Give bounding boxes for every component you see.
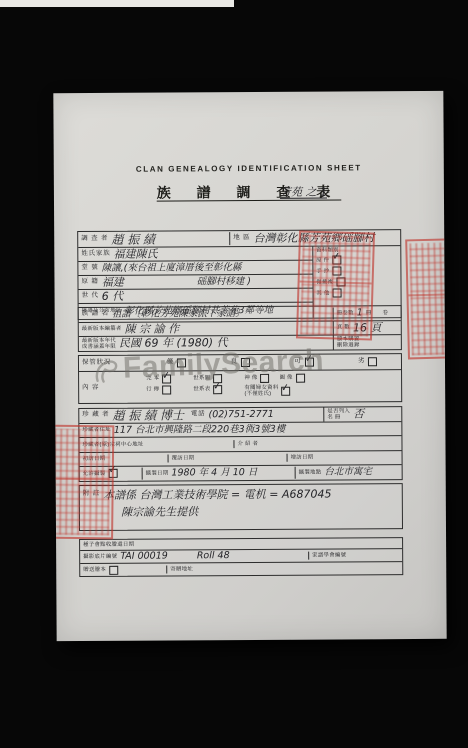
additional-visit-label: 增訪日期: [291, 455, 314, 461]
generations-label: 世 代: [82, 293, 99, 300]
revisit-label: 覆訪日期: [172, 455, 195, 461]
contents-lineage-table-checkbox: ✓: [213, 385, 222, 394]
processing-table: 種子會點收謄還日期 攝影底片編號 TAI 00019 Roll 48 家譜學會編…: [79, 537, 403, 577]
film-number-value: TAI 00019: [120, 552, 168, 562]
red-seal-stamp-edge: [405, 238, 446, 359]
form-chinese-title: 族 譜 調 查 表: [54, 181, 444, 203]
screenshot-root: { "header": { "english_title": "CLAN GEN…: [0, 0, 468, 748]
clan-value: 福建陳氏: [113, 249, 157, 260]
scanned-form-page: CLAN GENEALOGY IDENTIFICATION SHEET 族 譜 …: [53, 91, 446, 641]
receipt-date-label: 種子會點收謄還日期: [83, 542, 134, 549]
condition-fair-checkbox: ✓: [304, 358, 313, 367]
contents-complete-checkbox: ✓: [162, 374, 171, 383]
editor-value: 陳 宗 諭 作: [125, 323, 180, 334]
contents-women-label-line2: (不僅姓氏): [244, 391, 278, 397]
contents-image-checkbox: [296, 374, 305, 383]
surveyor-value: 趙 振 績: [111, 233, 155, 245]
origin-label: 原 籍: [81, 279, 98, 286]
notes-line2: 陳宗諭先生提供: [121, 506, 332, 518]
contents-image-label: 圖 像: [280, 375, 293, 381]
year-value: 民國 69 年 (1980) 代: [119, 337, 228, 349]
filming-date-value: 1980 年 4 月 10 日: [171, 468, 257, 478]
notes-line1: 本譜係 台灣工業技術學院 = 電机 = A687045: [103, 489, 332, 501]
editor-label: 最新版本編纂者: [82, 326, 122, 332]
filming-place-value: 台北市寓宅: [324, 467, 372, 477]
origin-value: 福建: [102, 277, 124, 288]
clan-label: 姓氏家族: [81, 251, 110, 258]
collector-address-value: 117 台北市興隆路二段220巷3衖3號3樓: [114, 424, 285, 435]
copy-label-line2: 刪除過錄: [337, 342, 360, 348]
hall-label: 堂 號: [81, 265, 98, 272]
filming-place-label: 攝製地點: [299, 469, 322, 475]
book-title-value: 祖譜〔彰化芳苑陳家派下家譜〕: [112, 309, 245, 319]
condition-contents-table: 保管狀況 優 良 可✓ 劣 內 容 完 本✓ 行 傳 世系圖 世系表✓: [78, 353, 402, 404]
film-number-label: 攝影底片編號: [83, 554, 117, 560]
form-english-title: CLAN GENEALOGY IDENTIFICATION SHEET: [54, 163, 444, 174]
collector-name: 趙 振 績 博士: [112, 409, 184, 421]
generations-value: 6 代: [102, 291, 124, 302]
condition-label: 保管狀況: [82, 360, 111, 367]
condition-excellent-checkbox: [177, 358, 186, 367]
collector-label: 珍 藏 者: [82, 412, 109, 419]
phone-label: 電話: [191, 412, 206, 419]
condition-fair-label: 可: [294, 359, 301, 366]
condition-excellent-label: 優: [167, 360, 174, 367]
book-title-label: 族 譜 名: [82, 311, 109, 318]
contents-biography-checkbox: [162, 385, 171, 394]
contents-portrait-label: 神 像: [244, 375, 257, 381]
volumes-unit-juan: 卷: [382, 310, 388, 316]
filming-date-label: 攝製日期: [146, 470, 169, 476]
notes-box: 附 註 本譜係 台灣工業技術學院 = 電机 = A687045 陳宗諭先生提供: [79, 483, 403, 531]
hall-value: 陳讓,(來台祖上廈漳厝後至彰化縣: [102, 263, 242, 273]
contents-complete-label: 完 本: [146, 376, 159, 382]
condition-poor-label: 劣: [358, 358, 365, 365]
contents-portrait-checkbox: [261, 374, 270, 383]
scan-edge-artifact: [0, 0, 234, 7]
introducer-label: 介 紹 者: [237, 441, 258, 447]
listed-label-line2: 名 冊: [327, 414, 350, 420]
gift-copy-checkbox: [109, 565, 118, 574]
condition-poor-checkbox: [368, 357, 377, 366]
roll-number-value: Roll 48: [197, 551, 230, 561]
collector-table: 珍 藏 者 趙 振 績 博士 電話 (02)751-2771 是否列入 名 冊 …: [78, 406, 402, 481]
phone-value: (02)751-2771: [208, 410, 273, 420]
contents-biography-label: 行 傳: [146, 387, 159, 393]
area-label: 地 區: [233, 235, 250, 242]
red-seal-stamp: [296, 230, 375, 340]
contents-lineage-chart-label: 世系圖: [193, 376, 210, 382]
contents-lineage-table-label: 世系表: [193, 387, 210, 393]
contents-label: 內 容: [82, 385, 99, 392]
handwritten-page-note: 芳苑 之 1: [280, 187, 327, 198]
condition-good-label: 良: [230, 359, 237, 366]
year-label-line2: 成書涵蓋年限: [82, 344, 116, 350]
red-seal-stamp-left: [53, 425, 114, 540]
surveyor-label: 調 查 者: [81, 236, 108, 243]
gift-copy-label: 贈送謄本: [83, 567, 106, 573]
gift-address-label: 寄贈地址: [170, 566, 193, 572]
listed-value: 否: [353, 409, 364, 420]
condition-good-checkbox: [241, 358, 250, 367]
contents-women-checkbox: ✓: [282, 386, 291, 395]
origin-note: 磘腳村移建 ): [197, 277, 251, 287]
society-number-label: 家譜學會編號: [312, 552, 346, 558]
